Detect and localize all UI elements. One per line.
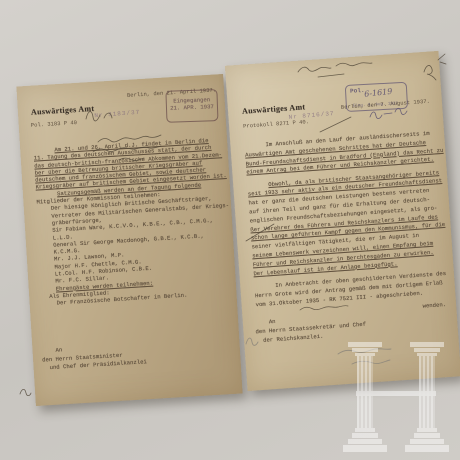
- stamp-title: Pol.: [350, 87, 365, 95]
- watermark-beam: [356, 391, 436, 396]
- text-line: 21. APR. 1937: [167, 103, 217, 112]
- agency-heading: Auswärtiges Amt: [31, 104, 95, 117]
- entry-stamp-box: Eingegangen21. APR. 1937: [165, 89, 218, 123]
- document-left: Auswärtiges Amt Berlin, den 21. April 19…: [16, 74, 242, 406]
- typed-body: Im Anschluß an den Lauf der ausländische…: [244, 129, 446, 322]
- corner-pen-mark: [20, 389, 31, 395]
- entry-stamp-box: Pol. 6-1619 Eing. 9. Aug. 1937: [345, 82, 408, 112]
- typed-body: Am 21. und 26. April d.J. findet in Berl…: [33, 136, 228, 308]
- stamp-handwritten-number: 6-1619: [364, 87, 393, 99]
- stamp-date: Eing. 9. Aug. 1937: [353, 102, 398, 108]
- document-right: Auswärtiges Amt Berlin, den 7. August 19…: [225, 51, 460, 391]
- address-footer: Anden Herrn Staatsministerund Chef der P…: [41, 341, 147, 373]
- registry-number-stamp: Nr 3183/37: [94, 109, 140, 120]
- file-reference: Pol. 3183 P 40: [31, 119, 78, 129]
